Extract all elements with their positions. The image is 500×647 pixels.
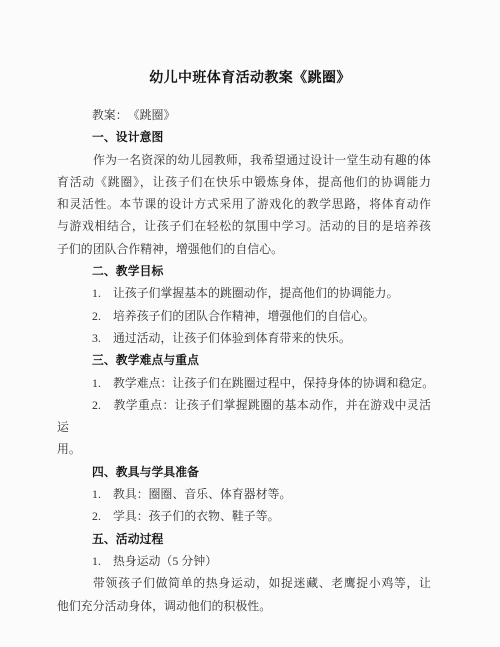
doc-line-list-item: 1. 教学难点：让孩子们在跳圈过程中，保持身体的协调和稳定。: [57, 372, 431, 394]
doc-line-paragraph: 作为一名资深的幼儿园教师，我希望通过设计一堂生动有趣的体: [57, 149, 431, 171]
doc-line-paragraph: 与游戏相结合，让孩子们在轻松的氛围中学习。活动的目的是培养孩: [57, 215, 431, 237]
section-heading-difficulties: 三、教学难点与重点: [57, 349, 431, 371]
doc-line-list-item: 2. 培养孩子们的团队合作精神，增强他们的自信心。: [57, 305, 431, 327]
doc-line-list-item: 3. 通过活动，让孩子们体验到体育带来的快乐。: [57, 327, 431, 349]
doc-line-paragraph: 子们的团队合作精神，增强他们的自信心。: [57, 238, 431, 260]
doc-line-paragraph: 育活动《跳圈》，让孩子们在快乐中锻炼身体，提高他们的协调能力: [57, 171, 431, 193]
doc-line-list-item: 1. 让孩子们掌握基本的跳圈动作，提高他们的协调能力。: [57, 282, 431, 304]
doc-line-lesson-label: 教案： 《跳圈》: [57, 104, 431, 126]
section-heading-process: 五、活动过程: [57, 528, 431, 550]
section-heading-teaching-goals: 二、教学目标: [57, 260, 431, 282]
doc-line-paragraph: 带领孩子们做简单的热身运动，如捉迷藏、老鹰捉小鸡等，让: [57, 572, 431, 594]
doc-line-list-item: 2. 教学重点：让孩子们掌握跳圈的基本动作，并在游戏中灵活运: [57, 394, 431, 439]
doc-line-list-item: 2. 学具：孩子们的衣物、鞋子等。: [57, 505, 431, 527]
document-title: 幼儿中班体育活动教案《跳圈》: [0, 67, 500, 87]
doc-line-list-item: 1. 热身运动（5 分钟）: [57, 550, 431, 572]
document-body: 教案： 《跳圈》 一、设计意图 作为一名资深的幼儿园教师，我希望通过设计一堂生动…: [57, 104, 431, 617]
section-heading-design-intent: 一、设计意图: [57, 126, 431, 148]
section-heading-materials: 四、教具与学具准备: [57, 461, 431, 483]
doc-line-list-item: 1. 教具：圈圈、音乐、体育器材等。: [57, 483, 431, 505]
document-page: 幼儿中班体育活动教案《跳圈》 教案： 《跳圈》 一、设计意图 作为一名资深的幼儿…: [0, 0, 500, 647]
doc-line-paragraph: 和灵活性。本节课的设计方式采用了游戏化的教学思路，将体育动作: [57, 193, 431, 215]
doc-line-paragraph: 他们充分活动身体，调动他们的积极性。: [57, 595, 431, 617]
doc-line-continuation: 用。: [57, 438, 431, 460]
